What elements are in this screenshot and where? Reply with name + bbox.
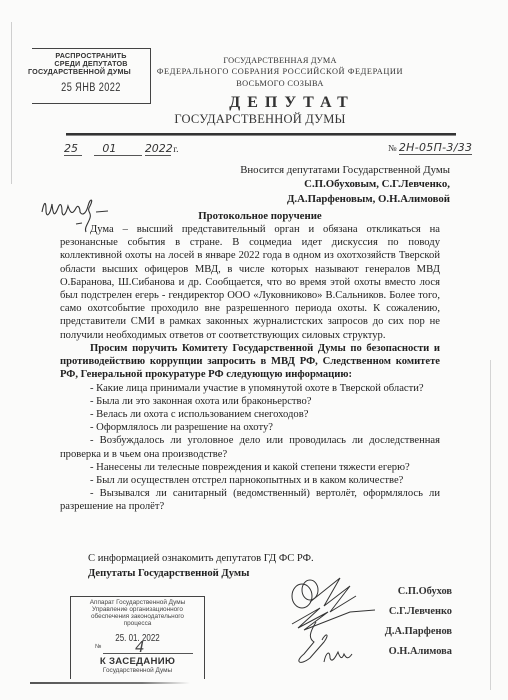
signer-name: Д.А.Парфенов [372, 626, 452, 646]
handwritten-signatures-icon [280, 572, 375, 672]
introduced-by-line-2: С.П.Обуховым, С.Г.Левченко, [200, 178, 450, 190]
stamp-number-label: № [95, 644, 101, 650]
question-item: - Велась ли охота с использованием снего… [60, 408, 440, 421]
signer-name: С.П.Обухов [372, 586, 452, 606]
registration-stamp: Аппарат Государственной Думы Управление … [70, 596, 205, 679]
question-item: - Вызывался ли санитарный (ведомственный… [60, 487, 440, 513]
stamp-line: Управление организационного [71, 606, 204, 613]
scan-bottom-edge [30, 682, 190, 684]
closing-line: С информацией ознакомить депутатов ГД ФС… [88, 553, 314, 564]
stamp-number-underline [103, 653, 193, 654]
introduced-by-line-3: Д.А.Парфеновым, О.Н.Алимовой [200, 193, 450, 205]
date-month: 01 [94, 142, 142, 156]
letterhead-line-2: ФЕДЕРАЛЬНОГО СОБРАНИЯ РОССИЙСКОЙ ФЕДЕРАЦ… [110, 67, 450, 76]
question-item: - Какие лица принимали участие в упомяну… [60, 382, 440, 395]
document-date: 25 01 2022 г. [64, 142, 178, 156]
stamp-line: обеспечения законодательного [71, 613, 204, 620]
introduced-by-line-1: Вносится депутатами Государственной Думы [200, 164, 450, 176]
number-value: 2Н-05П-3/33 [399, 141, 472, 155]
signoff-line: Депутаты Государственной Думы [88, 568, 249, 579]
date-year: 2022 [145, 142, 171, 156]
body-request: Просим поручить Комитету Государственной… [60, 342, 440, 514]
letterhead-line-1: ГОСУДАРСТВЕННАЯ ДУМА [100, 56, 460, 65]
date-day: 25 [64, 142, 82, 156]
stamp-line: процесса [71, 620, 204, 627]
signer-name: С.Г.Левченко [372, 606, 452, 626]
question-item: - Возбуждалось ли уголовное дело или про… [60, 434, 440, 460]
question-item: - Нанесены ли телесные повреждения и как… [60, 461, 440, 474]
scan-edge-left [11, 22, 12, 184]
stamp-heading: К ЗАСЕДАНИЮ [71, 656, 204, 667]
question-item: - Оформлялось ли разрешение на охоту? [60, 421, 440, 434]
stamp-footer: Государственной Думы [71, 667, 204, 674]
year-suffix: г. [173, 144, 178, 155]
stamp-number: № 4 [95, 644, 204, 656]
stamp-number-value: 4 [135, 638, 145, 656]
document-number: № 2Н-05П-3/33 [388, 141, 472, 154]
letterhead-title: ДЕПУТАТ [112, 94, 472, 112]
signers-list: С.П.Обухов С.Г.Левченко Д.А.Парфенов О.Н… [372, 586, 452, 666]
number-prefix: № [388, 143, 397, 153]
scan-edge-right [490, 360, 491, 690]
paragraph-context: Дума – высший представительный орган и о… [60, 223, 440, 342]
question-item: - Был ли осуществлен отстрел парнокопытн… [60, 474, 440, 487]
signer-name: О.Н.Алимова [372, 646, 452, 666]
body-intro: Дума – высший представительный орган и о… [60, 223, 440, 342]
document-page: РАСПРОСТРАНИТЬ СРЕДИ ДЕПУТАТОВ ГОСУДАРСТ… [0, 0, 508, 700]
letterhead-line-3: ВОСЬМОГО СОЗЫВА [100, 79, 460, 88]
document-title: Протокольное поручение [60, 210, 460, 222]
letterhead-subtitle: ГОСУДАРСТВЕННОЙ ДУМЫ [80, 112, 440, 127]
question-item: - Была ли это законная охота или браконь… [60, 395, 440, 408]
stamp-line: Аппарат Государственной Думы [71, 599, 204, 606]
paragraph-request: Просим поручить Комитету Государственной… [60, 342, 440, 382]
letterhead-rule [66, 133, 456, 136]
